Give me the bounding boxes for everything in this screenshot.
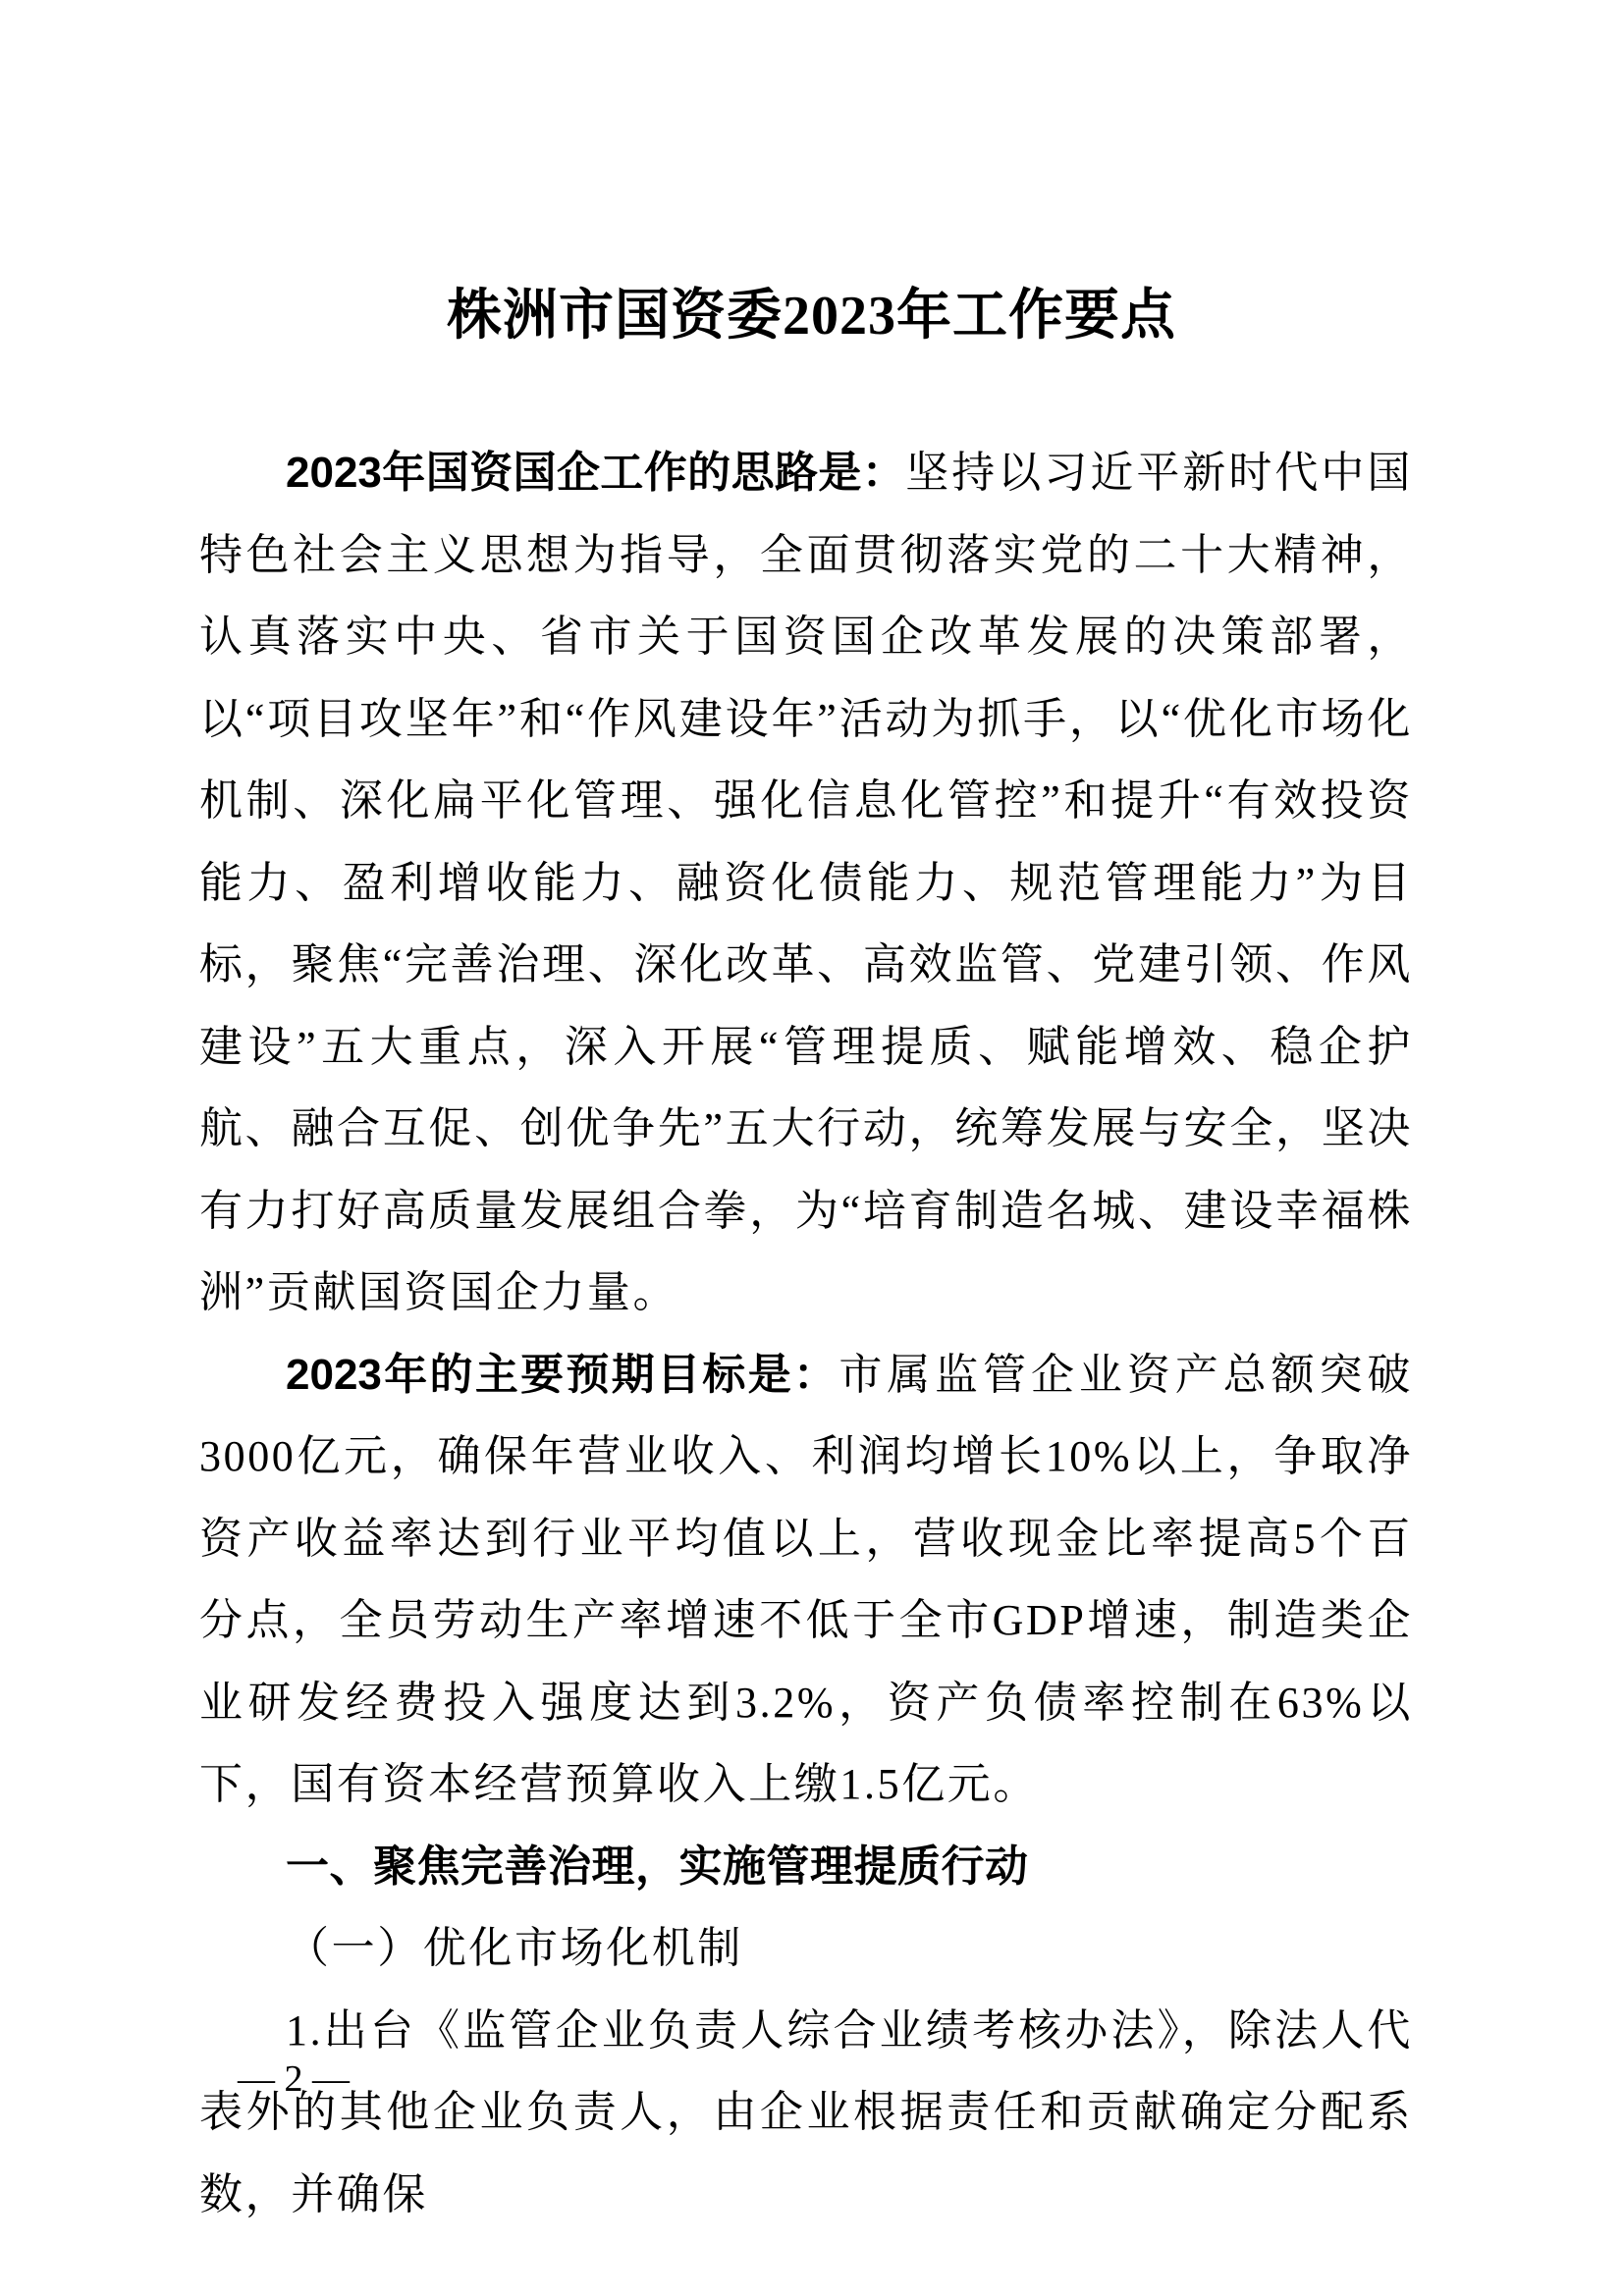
document-body: 2023年国资国企工作的思路是：坚持以习近平新时代中国特色社会主义思想为指导，全… — [199, 432, 1413, 2235]
paragraph-lead: 2023年的主要预期目标是： — [286, 1351, 839, 1399]
paragraph-text: 市属监管企业资产总额突破3000亿元，确保年营业收入、利润均增长10%以上，争取… — [199, 1351, 1413, 1809]
paragraph-targets: 2023年的主要预期目标是：市属监管企业资产总额突破3000亿元，确保年营业收入… — [199, 1334, 1413, 1826]
section-heading: 一、聚焦完善治理，实施管理提质行动 — [199, 1826, 1413, 1908]
subsection-heading: （一）优化市场化机制 — [199, 1907, 1413, 1990]
paragraph-text: 坚持以习近平新时代中国特色社会主义思想为指导，全面贯彻落实党的二十大精神，认真落… — [199, 449, 1413, 1316]
document-title: 株洲市国资委2023年工作要点 — [0, 281, 1623, 351]
document-page: 株洲市国资委2023年工作要点 2023年国资国企工作的思路是：坚持以习近平新时… — [0, 0, 1623, 2296]
list-item: 1.出台《监管企业负责人综合业绩考核办法》，除法人代表外的其他企业负责人，由企业… — [199, 1990, 1413, 2236]
page-number: — 2 — — [238, 2056, 350, 2103]
paragraph-lead: 2023年国资国企工作的思路是： — [286, 449, 905, 497]
paragraph-approach: 2023年国资国企工作的思路是：坚持以习近平新时代中国特色社会主义思想为指导，全… — [199, 432, 1413, 1334]
